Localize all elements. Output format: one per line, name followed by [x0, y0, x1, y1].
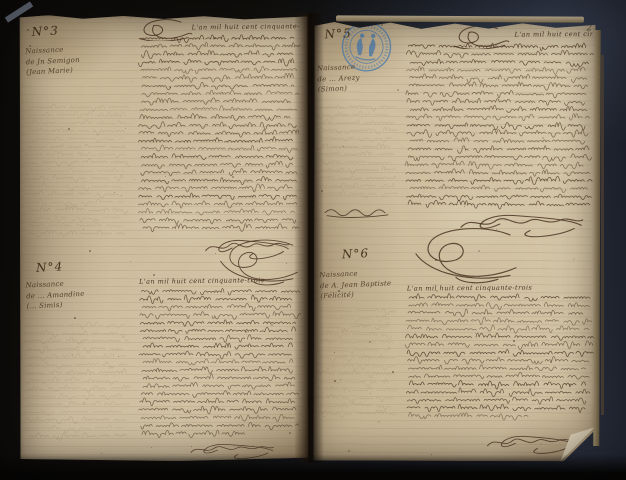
margin-note: Naissance de … Arezy (Simon)	[317, 62, 361, 95]
register-entry-3: N°3 Naissance de Jn Semigon (Jean Marie)…	[20, 15, 308, 16]
ink-bleedthrough	[24, 321, 130, 446]
margin-note: Naissance de Jn Semigon (Jean Marie)	[25, 44, 80, 78]
ink-bleedthrough	[316, 103, 398, 204]
dog-ear-fold	[560, 427, 594, 461]
entry-number: N°5	[324, 26, 352, 41]
margin-note-line: (… Simis)	[26, 299, 85, 312]
handwriting-block	[138, 287, 301, 443]
margin-note: Naissance de A. Jean Baptiste (Félicité)	[319, 267, 392, 301]
opening-words: L'an mil huit cent cinquante-trois	[139, 276, 265, 286]
opening-words: L'an mil huit cent cinquante-trois	[192, 22, 300, 31]
page-edge-stack-right-2	[601, 55, 604, 415]
margin-note-line: (Simon)	[318, 83, 361, 95]
handwriting-block	[405, 293, 595, 426]
margin-paraph-flourish	[322, 205, 394, 219]
margin-note: Naissance de … Amandine (… Simis)	[25, 278, 85, 312]
handwriting-block	[138, 34, 301, 238]
right-page: 2 N°5 Naissance de … Are	[313, 21, 595, 462]
entry-number: N°6	[342, 246, 370, 261]
page-edge-stack-top	[336, 15, 584, 22]
entry-number: N°3	[31, 23, 59, 38]
register-entry-4: N°4 Naissance de … Amandine (… Simis) L'…	[20, 15, 308, 16]
margin-note-line: (Félicité)	[320, 288, 392, 301]
signature-flourish	[183, 441, 277, 461]
signature-flourish	[198, 236, 293, 262]
entry-number: N°4	[36, 259, 64, 274]
signature-flourish	[450, 210, 588, 240]
opening-words: L'an mil huit cent cinquante-trois	[407, 284, 532, 293]
initial-flourish	[410, 227, 522, 285]
left-page: N°3 Naissance de Jn Semigon (Jean Marie)…	[20, 15, 309, 462]
photographed-register-spread: N°3 Naissance de Jn Semigon (Jean Marie)…	[0, 0, 626, 480]
ink-bleedthrough	[316, 307, 398, 424]
margin-note-line: (Jean Marie)	[26, 65, 80, 78]
ink-bleedthrough	[24, 103, 130, 243]
handwriting-block	[405, 42, 594, 214]
opening-words: L'an mil huit cent cinquante-trois	[515, 30, 593, 39]
